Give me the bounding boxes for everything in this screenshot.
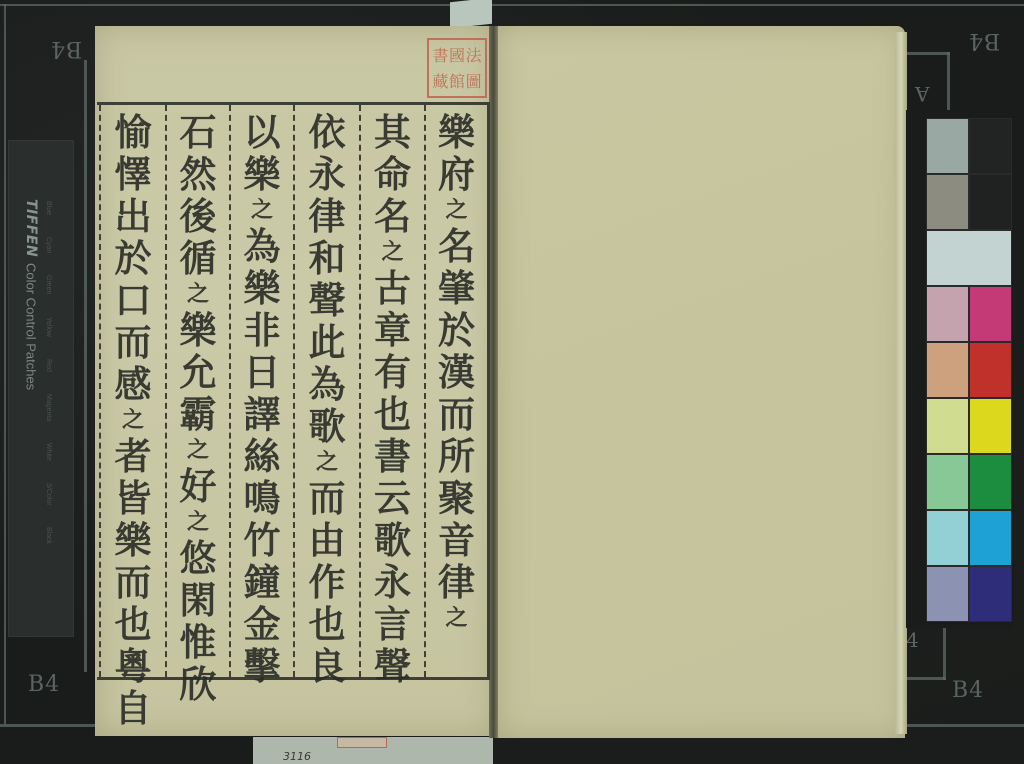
text-char: 自 [115, 687, 152, 729]
color-patch [926, 510, 969, 566]
text-char: 之 [445, 603, 467, 633]
text-char: 而 [309, 477, 346, 519]
text-char: 石 [180, 111, 217, 153]
frame-line-left [4, 4, 6, 724]
seal-char: 書 [432, 43, 449, 69]
text-char: 擊 [244, 645, 281, 687]
tiffen-brand-label: TIFFEN [23, 199, 39, 257]
text-char: 律 [309, 195, 346, 237]
frame-line-right-box-top [905, 52, 950, 55]
text-char: 也 [309, 603, 346, 645]
color-patch [969, 286, 1012, 342]
tiffen-label-blue: Blue [45, 201, 52, 215]
bottom-slip-stamp [337, 737, 387, 748]
text-char: 之 [316, 447, 338, 477]
text-char: 為 [244, 225, 281, 267]
label-b4-top-right: B4 [968, 28, 1000, 53]
seal-char: 藏 [432, 69, 449, 95]
text-char: 非 [244, 309, 281, 351]
color-patch [969, 454, 1012, 510]
tiffen-color-card: TIFFEN Color Control Patches Blue Cyan G… [8, 140, 74, 637]
color-patch [926, 398, 969, 454]
text-char: 允 [180, 351, 217, 393]
text-char: 書 [374, 435, 411, 477]
text-char: 感 [115, 363, 152, 405]
printed-text-block: 樂府之名肇於漢而所聚音律之 其命名之古章有也書云歌永言聲 依永律和聲此為歌之而由… [97, 102, 490, 680]
text-char: 由 [309, 519, 346, 561]
tiffen-label-white: White [45, 443, 52, 461]
text-char: 之 [187, 435, 209, 465]
text-char: 欣 [180, 663, 217, 705]
text-char: 命 [374, 153, 411, 195]
text-char: 然 [180, 153, 217, 195]
frame-line-right-low-side [943, 620, 946, 680]
color-patch [926, 174, 969, 230]
color-patch [969, 174, 1012, 230]
label-b4-bottom-left: B4 [28, 672, 60, 697]
text-char: 聲 [374, 645, 411, 687]
text-char: 其 [374, 111, 411, 153]
text-char: 之 [251, 195, 273, 225]
color-patch [969, 118, 1012, 174]
text-char: 懌 [115, 153, 152, 195]
color-patch [969, 510, 1012, 566]
text-char: 作 [309, 561, 346, 603]
text-char: 也 [374, 393, 411, 435]
text-char: 鐘 [244, 561, 281, 603]
text-char: 後 [180, 195, 217, 237]
text-char: 永 [309, 153, 346, 195]
text-char: 之 [187, 279, 209, 309]
color-patch [969, 342, 1012, 398]
top-paper-tab [450, 0, 492, 28]
text-char: 名 [438, 225, 475, 267]
text-column-2: 其命名之古章有也書云歌永言聲 [359, 105, 424, 677]
text-column-1: 樂府之名肇於漢而所聚音律之 [424, 105, 487, 677]
text-char: 絲 [244, 435, 281, 477]
right-page-blank [497, 26, 905, 738]
book-gutter [489, 26, 498, 738]
text-char: 言 [374, 603, 411, 645]
text-char: 而 [115, 321, 152, 363]
text-char: 樂 [244, 267, 281, 309]
color-patch [926, 342, 969, 398]
text-char: 者 [115, 435, 152, 477]
text-char: 霸 [180, 393, 217, 435]
tiffen-label-yellow: Yellow [45, 317, 52, 337]
text-char: 名 [374, 195, 411, 237]
text-char: 循 [180, 237, 217, 279]
color-patch [926, 118, 969, 174]
text-char: 為 [309, 363, 346, 405]
seal-char: 館 [449, 69, 466, 95]
seal-char: 法 [465, 43, 482, 69]
color-patch [926, 230, 1012, 286]
text-char: 章 [374, 309, 411, 351]
text-char: 出 [115, 195, 152, 237]
text-char: 和 [309, 237, 346, 279]
label-a-right: A [914, 82, 929, 106]
text-char: 粵 [115, 645, 152, 687]
label-4-right: 4 [906, 628, 920, 652]
tiffen-label-magenta: Magenta [45, 394, 52, 421]
text-char: 樂 [244, 153, 281, 195]
tiffen-label-green: Green [45, 275, 52, 294]
text-char: 之 [122, 405, 144, 435]
label-b4-top-left: B4 [50, 36, 82, 61]
tiffen-label-cyan: Cyan [45, 237, 52, 253]
color-patch [969, 566, 1012, 622]
tiffen-label-red: Red [45, 359, 52, 372]
text-char: 律 [438, 561, 475, 603]
text-char: 於 [438, 309, 475, 351]
text-char: 歌 [374, 519, 411, 561]
frame-line-top [0, 4, 1024, 6]
text-char: 閑 [180, 579, 217, 621]
frame-line-right-box-side [947, 52, 950, 118]
text-char: 歌 [309, 405, 346, 447]
text-char: 依 [309, 111, 346, 153]
color-patch [926, 286, 969, 342]
text-char: 也 [115, 603, 152, 645]
tiffen-label-3color: 3/Color [45, 483, 52, 506]
text-char: 於 [115, 237, 152, 279]
text-char: 樂 [115, 519, 152, 561]
text-char: 所 [438, 435, 475, 477]
text-char: 音 [438, 519, 475, 561]
red-library-seal: 書 國 法 藏 館 圖 [427, 38, 487, 98]
color-patch [926, 566, 969, 622]
seal-char: 國 [449, 43, 466, 69]
color-patch [969, 398, 1012, 454]
text-char: 漢 [438, 351, 475, 393]
frame-line-inner-left [84, 60, 87, 672]
text-column-5: 石然後循之樂允霸之好之悠閑惟欣 [165, 105, 229, 677]
text-char: 好 [180, 465, 217, 507]
text-char: 樂 [438, 111, 475, 153]
text-char: 此 [309, 321, 346, 363]
text-char: 肇 [438, 267, 475, 309]
text-char: 口 [115, 279, 152, 321]
tiffen-label-black: Black [45, 527, 52, 544]
text-char: 愉 [115, 111, 152, 153]
text-column-6: 愉懌出於口而感之者皆樂而也粵自 [99, 105, 165, 677]
color-patch [926, 454, 969, 510]
seal-char: 圖 [465, 69, 482, 95]
tiffen-title-label: Color Control Patches [24, 263, 39, 390]
text-char: 日 [244, 351, 281, 393]
label-b4-bottom-right: B4 [952, 678, 984, 703]
text-char: 云 [374, 477, 411, 519]
text-char: 皆 [115, 477, 152, 519]
color-patch-strip [906, 110, 1014, 628]
text-char: 府 [438, 153, 475, 195]
text-char: 有 [374, 351, 411, 393]
frame-line-right-low-bottom [905, 677, 946, 680]
text-char: 之 [187, 507, 209, 537]
text-char: 竹 [244, 519, 281, 561]
text-char: 而 [438, 393, 475, 435]
text-char: 金 [244, 603, 281, 645]
text-char: 良 [309, 645, 346, 687]
text-char: 而 [115, 561, 152, 603]
text-char: 聲 [309, 279, 346, 321]
text-column-3: 依永律和聲此為歌之而由作也良 [293, 105, 359, 677]
text-char: 譯 [244, 393, 281, 435]
call-number: 3116 [283, 750, 311, 763]
text-char: 鳴 [244, 477, 281, 519]
text-char: 之 [381, 237, 403, 267]
text-column-4: 以樂之為樂非日譯絲鳴竹鐘金擊 [229, 105, 293, 677]
text-char: 樂 [180, 309, 217, 351]
text-char: 以 [244, 111, 281, 153]
text-char: 之 [445, 195, 467, 225]
text-char: 古 [374, 267, 411, 309]
text-char: 永 [374, 561, 411, 603]
text-char: 惟 [180, 621, 217, 663]
text-char: 聚 [438, 477, 475, 519]
text-char: 悠 [180, 537, 217, 579]
